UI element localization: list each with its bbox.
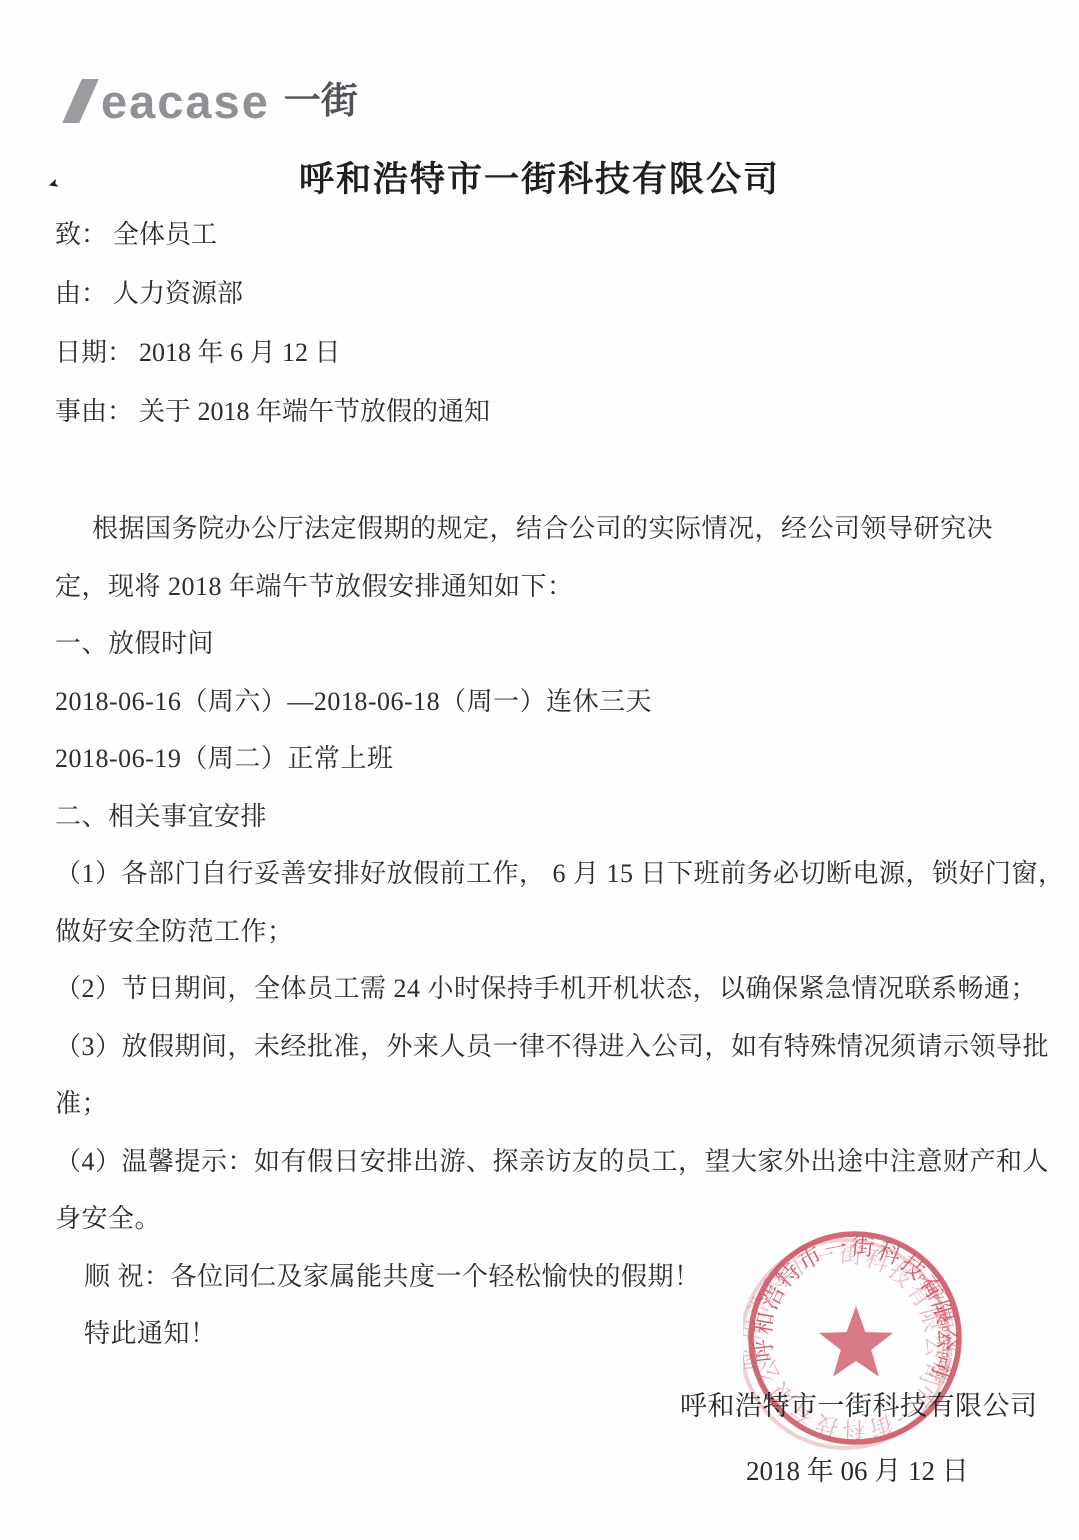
body-line: （3）放假期间，未经批准，外来人员一律不得进入公司，如有特殊情况须请示领导批 [55, 1018, 1035, 1076]
body-line: 定，现将 2018 年端午节放假安排通知如下： [55, 558, 1035, 616]
body-line: （1）各部门自行妥善安排好放假前工作， 6 月 15 日下班前务必切断电源，锁好… [55, 845, 1035, 903]
meta-value: 关于 2018 年端午节放假的通知 [139, 397, 490, 426]
meta-field-subject: 事由：关于 2018 年端午节放假的通知 [55, 382, 490, 441]
body-line: 做好安全防范工作； [55, 903, 1035, 961]
signature-date: 2018 年 06 月 12 日 [746, 1449, 969, 1488]
meta-field-date: 日期：2018 年 6 月 12 日 [55, 323, 490, 382]
page-title: 呼和浩特市一街科技有限公司 [0, 152, 1079, 202]
body-line: 准； [55, 1075, 1035, 1133]
logo-brand-latin: eacase [101, 78, 270, 125]
document-page: eacase 一街 ➤ 呼和浩特市一街科技有限公司 致：全体员工 由：人力资源部… [0, 0, 1079, 1540]
meta-value: 2018 年 6 月 12 日 [139, 338, 341, 367]
body-line: （2）节日期间，全体员工需 24 小时保持手机开机状态，以确保紧急情况联系畅通； [55, 960, 1035, 1018]
company-logo: eacase 一街 [72, 76, 358, 126]
logo-brand-chinese: 一街 [284, 83, 358, 120]
body-line: 二、相关事宜安排 [55, 788, 1035, 846]
meta-fields: 致：全体员工 由：人力资源部 日期：2018 年 6 月 12 日 事由：关于 … [55, 205, 490, 441]
body-line: 2018-06-16（周六）—2018-06-18（周一）连休三天 [55, 673, 1035, 731]
body-line: 根据国务院办公厅法定假期的规定，结合公司的实际情况，经公司领导研究决 [55, 500, 1035, 558]
body-line: 一、放假时间 [55, 615, 1035, 673]
body-line: 2018-06-19（周二）正常上班 [55, 730, 1035, 788]
meta-label: 事由： [55, 397, 133, 426]
logo-slash-icon [62, 79, 99, 123]
meta-label: 致： [55, 220, 107, 249]
meta-label: 由： [55, 279, 107, 308]
signature-company: 呼和浩特市一街科技有限公司 [680, 1384, 1038, 1423]
meta-value: 全体员工 [113, 220, 217, 249]
seal-star-icon [819, 1306, 893, 1377]
meta-value: 人力资源部 [113, 279, 243, 308]
meta-field-to: 致：全体员工 [55, 205, 490, 264]
meta-field-from: 由：人力资源部 [55, 264, 490, 323]
meta-label: 日期： [55, 338, 133, 367]
body-line: （4）温馨提示：如有假日安排出游、探亲访友的员工，望大家外出途中注意财产和人 [55, 1133, 1035, 1191]
